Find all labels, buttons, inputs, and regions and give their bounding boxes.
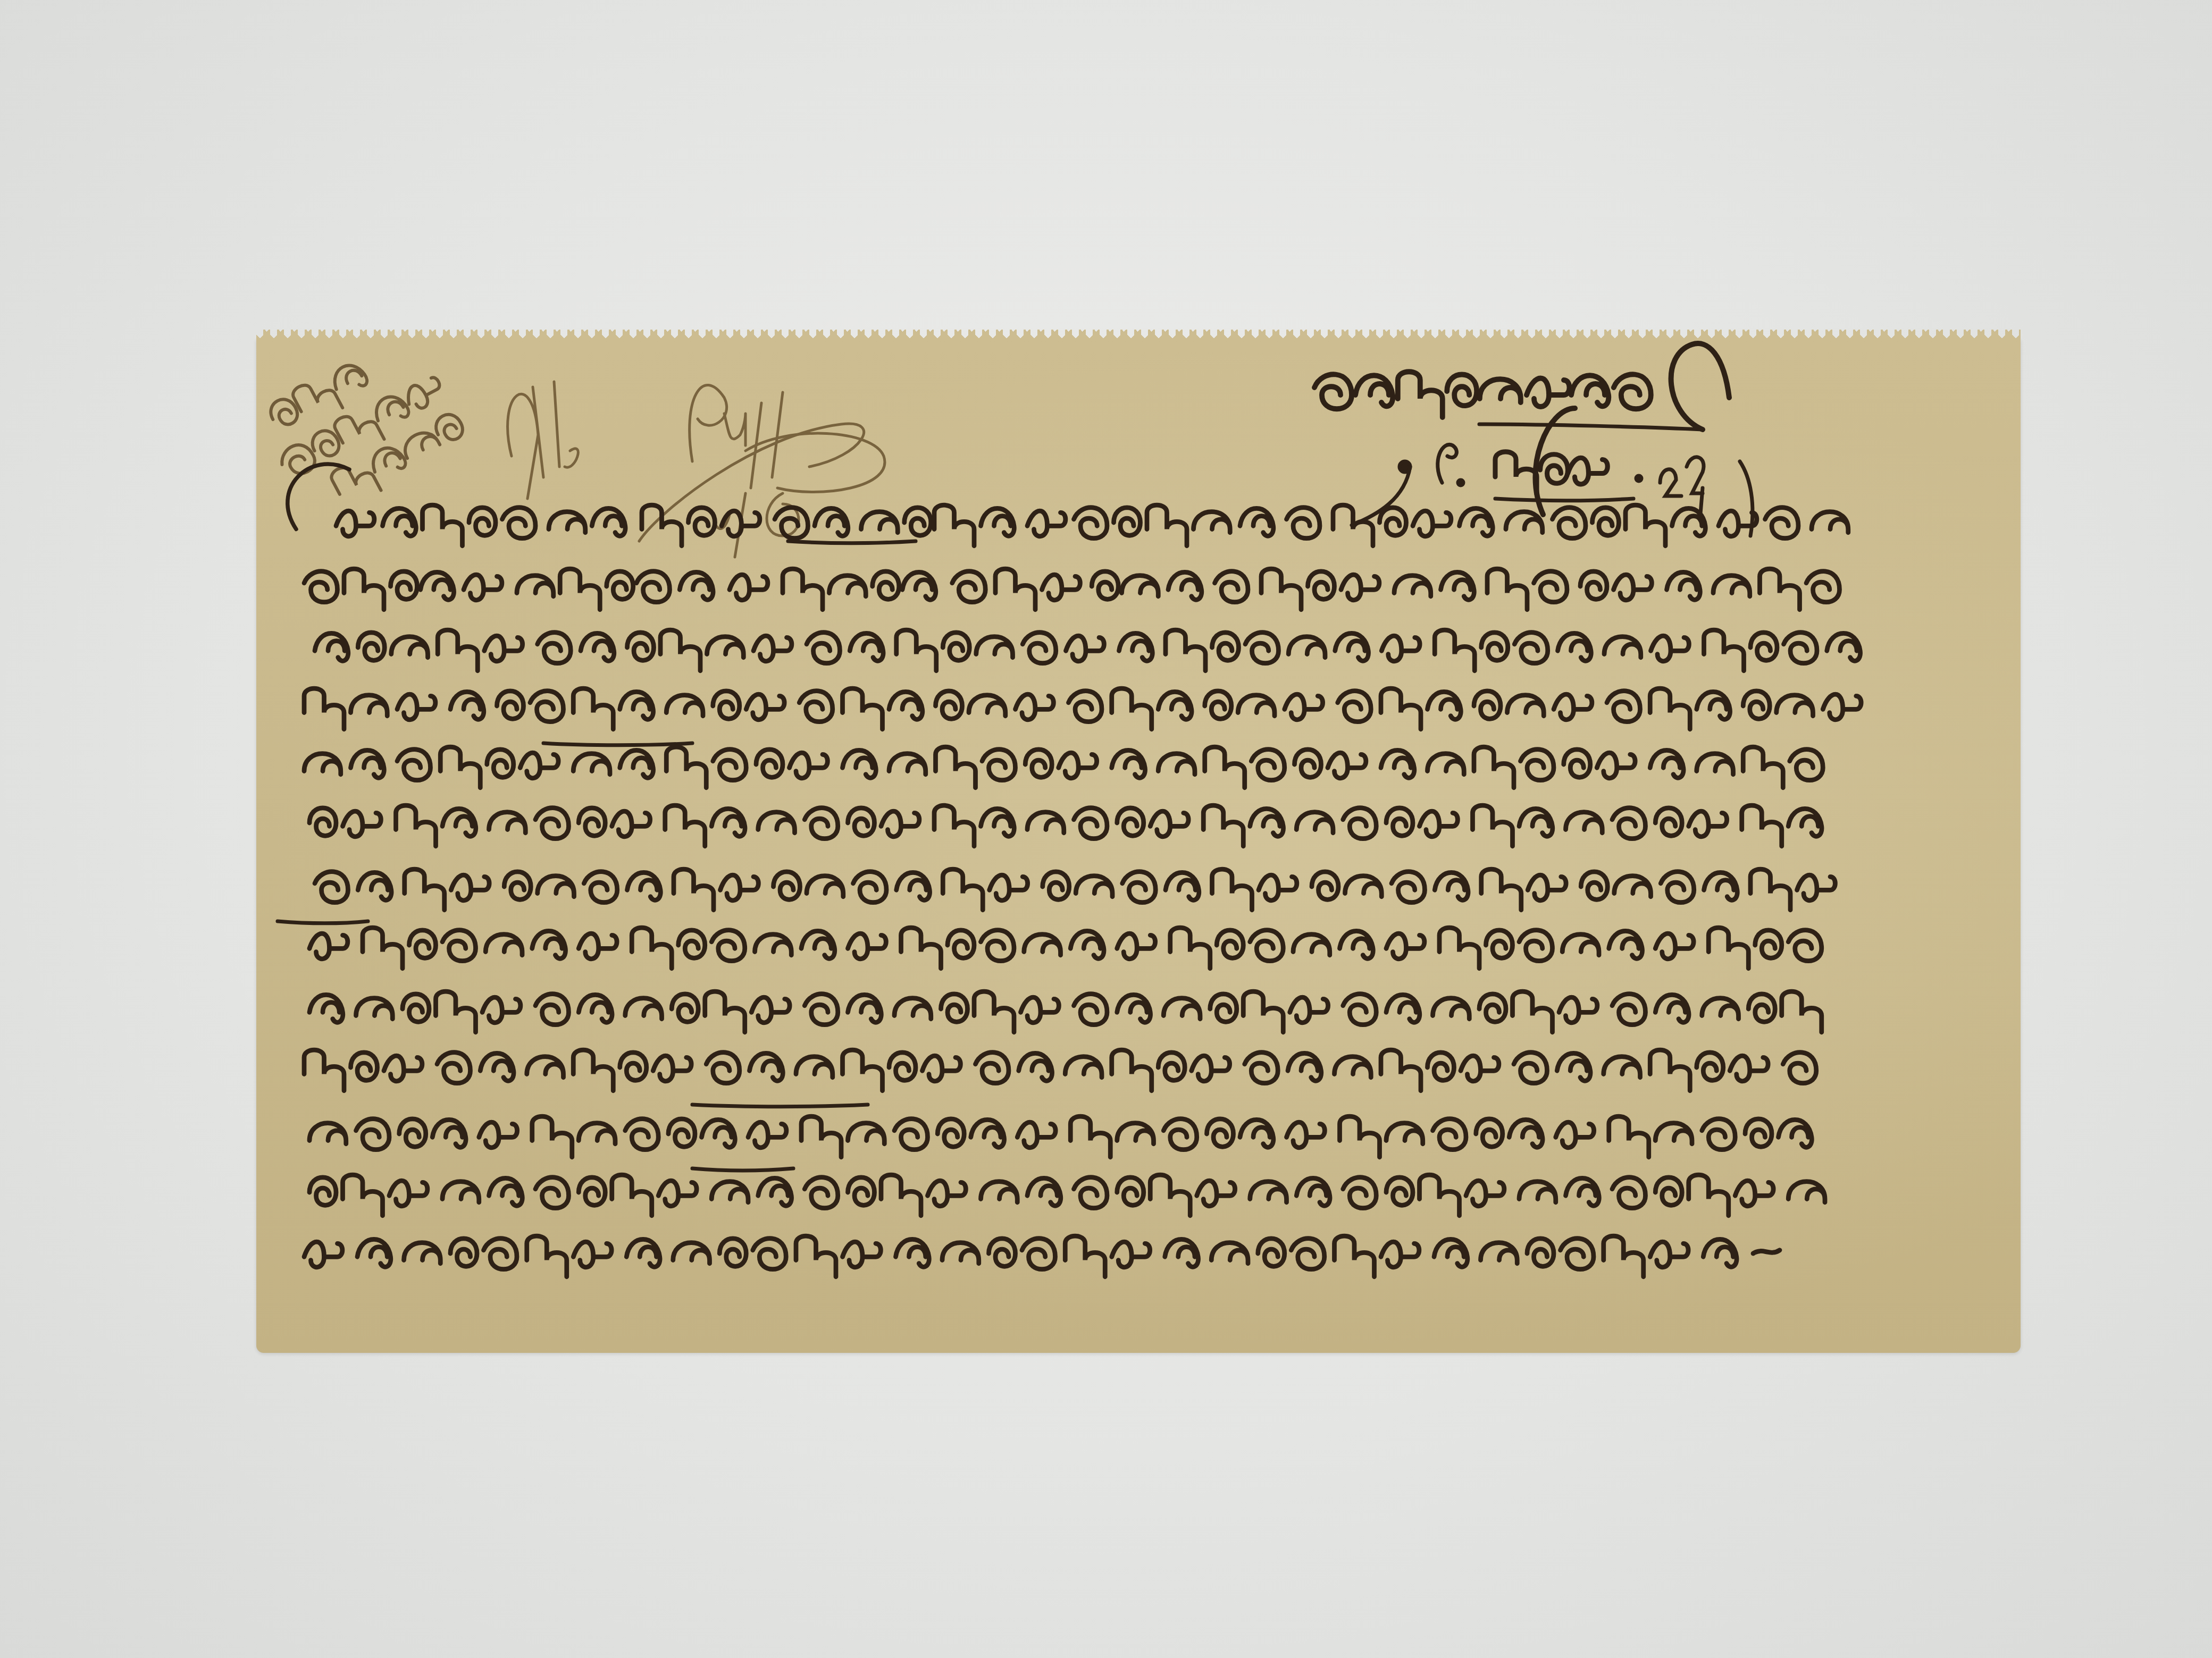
perforated-top-edge — [256, 330, 2021, 340]
corner-note-ink — [265, 357, 471, 508]
postcard: [handwritten Malayalam place name, under… — [256, 339, 2021, 1353]
header-place-ink — [1314, 343, 1729, 430]
body-ink — [278, 408, 1861, 1277]
handwriting-ink — [256, 339, 2021, 1353]
